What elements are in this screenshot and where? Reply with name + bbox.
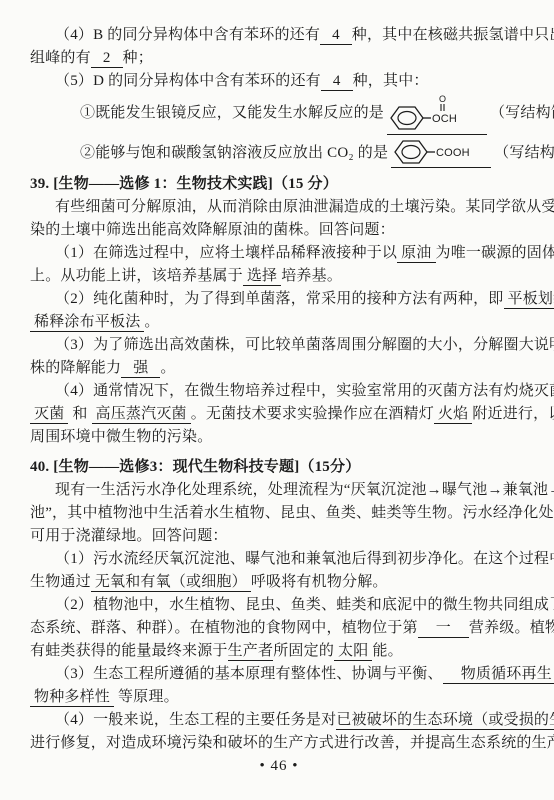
answer-text: 原油: [397, 245, 435, 263]
body-text: 附近进行，以避免: [472, 406, 554, 422]
body-text: 营养级。植物池中所: [469, 620, 554, 636]
answer-text: 已被破坏的生态环境（或受损的生态系统）: [336, 712, 554, 730]
body-text: （2）植物池中，水生植物、昆虫、鱼类、蛙类和底泥中的微生物共同组成了: [55, 597, 554, 613]
text-line: 39. [生物——选修 1：生物技术实践]（15 分）: [30, 173, 528, 196]
body-text: 种，其中在核磁共振氢谱中只出现四: [352, 27, 554, 43]
body-text: 。: [144, 314, 159, 330]
text-line: 有蛙类获得的能量最终来源于生产者所固定的太阳能。: [30, 640, 528, 663]
body-text: 进行修复，对造成环境污染和破坏的生产方式进行改善，并提高生态系统的生产力。: [30, 735, 554, 751]
text-line: 现有一生活污水净化处理系统，处理流程为“厌氧沉淀池→曝气池→兼氧池→植物: [30, 479, 528, 502]
svg-text:O: O: [439, 94, 446, 104]
body-text: （1）在筛选过程中，应将土壤样品稀释液接种于以: [55, 245, 397, 261]
body-text: （写结构简式）；: [490, 93, 554, 133]
text-line: （4）通常情况下，在微生物培养过程中，实验室常用的灭菌方法有灼烧灭菌、干热: [30, 380, 528, 403]
body-text: （5）D 的同分异构体中含有苯环的还有: [55, 73, 321, 89]
answer-text: 高压蒸汽灭菌: [92, 406, 191, 424]
answer-text: 选择: [243, 268, 281, 286]
text-line: 可用于浇灌绿地。回答问题：: [30, 525, 528, 548]
answer-text: 稀释涂布平板法: [30, 314, 144, 332]
body-text: 培养基。: [281, 268, 342, 284]
text-line: 染的土壤中筛选出能高效降解原油的菌株。回答问题：: [30, 219, 528, 242]
body-text: ②能够与饱和碳酸氢钠溶液反应放出 CO₂ 的是: [80, 133, 388, 173]
text-line: 物种多样性 等原理。: [30, 686, 528, 709]
text-line: （4）B 的同分异构体中含有苯环的还有4种，其中在核磁共振氢谱中只出现四: [30, 24, 528, 47]
phenyl-formate-structure: OCHO: [387, 92, 487, 135]
body-text: 生物通过: [30, 574, 91, 590]
body-text: （3）为了筛选出高效菌株，可比较单菌落周围分解圈的大小，分解圈大说明该菌: [55, 337, 554, 353]
answer-text: 4: [320, 27, 352, 45]
document-page: （4）B 的同分异构体中含有苯环的还有4种，其中在核磁共振氢谱中只出现四组峰的有…: [0, 0, 554, 800]
document-body: （4）B 的同分异构体中含有苯环的还有4种，其中在核磁共振氢谱中只出现四组峰的有…: [30, 24, 528, 755]
answer-text: 4: [321, 73, 353, 91]
body-text: 株的降解能力: [30, 360, 121, 376]
svg-text:OCH: OCH: [432, 113, 457, 125]
text-line: （2）植物池中，水生植物、昆虫、鱼类、蛙类和底泥中的微生物共同组成了群落（生: [30, 594, 528, 617]
text-line: 稀释涂布平板法。: [30, 311, 528, 334]
text-line: （3）生态工程所遵循的基本原理有整体性、协调与平衡、物质循环再生 和: [30, 663, 528, 686]
text-line: 株的降解能力强。: [30, 357, 528, 380]
body-text: 态系统、群落、种群）。在植物池的食物网中，植物位于第: [30, 620, 418, 636]
benzoic-acid-structure: COOH: [391, 139, 491, 168]
answer-text: 平板划线法: [504, 291, 554, 309]
text-line: （2）纯化菌种时，为了得到单菌落，常采用的接种方法有两种，即平板划线法和: [30, 288, 528, 311]
body-text: 种，其中：: [353, 73, 429, 89]
body-text: （写结构简式）。: [494, 133, 554, 173]
body-text: 组峰的有: [30, 50, 91, 66]
text-line: 组峰的有2种；: [30, 47, 528, 70]
text-line: 态系统、群落、种群）。在植物池的食物网中，植物位于第一营养级。植物池中所: [30, 617, 528, 640]
answer-text: 火焰: [434, 406, 472, 424]
body-text: 。: [160, 360, 175, 376]
body-text: （2）纯化菌种时，为了得到单菌落，常采用的接种方法有两种，即: [55, 291, 504, 307]
body-text: 池”，其中植物池中生活着水生植物、昆虫、鱼类、蛙类等生物。污水经净化处理后，: [30, 505, 554, 521]
body-text: 有蛙类获得的能量最终来源于: [30, 643, 228, 659]
text-line: ①既能发生银镜反应，又能发生水解反应的是OCHO（写结构简式）；: [30, 93, 528, 133]
body-text: 现有一生活污水净化处理系统，处理流程为“厌氧沉淀池→曝气池→兼氧池→植物: [55, 482, 554, 498]
answer-text: 灭菌: [30, 406, 68, 424]
text-line: （5）D 的同分异构体中含有苯环的还有4种，其中：: [30, 70, 528, 93]
body-text: （4）通常情况下，在微生物培养过程中，实验室常用的灭菌方法有灼烧灭菌、: [55, 383, 554, 399]
body-text: 周围环境中微生物的污染。: [30, 429, 212, 445]
answer-text: 一: [418, 620, 469, 638]
text-line: 上。从功能上讲，该培养基属于选择培养基。: [30, 265, 528, 288]
answer-text: 物种多样性: [30, 689, 114, 707]
body-text: 呼吸将有机物分解。: [251, 574, 388, 590]
benzene-ring-icon: OCHO: [389, 92, 485, 132]
answer-text: 2: [91, 50, 123, 68]
answer-text: 强: [121, 360, 160, 378]
text-line: 40. [生物——选修3：现代生物科技专题]（15分）: [30, 456, 528, 479]
body-text: 和: [68, 406, 91, 422]
svg-text:COOH: COOH: [436, 147, 470, 159]
body-text: 种；: [123, 50, 153, 66]
body-text: 为唯一碳源的固体培养基: [436, 245, 554, 261]
body-text: 可用于浇灌绿地。回答问题：: [30, 528, 228, 544]
text-line: 进行修复，对造成环境污染和破坏的生产方式进行改善，并提高生态系统的生产力。: [30, 732, 528, 755]
text-line: （4）一般来说，生态工程的主要任务是对已被破坏的生态环境（或受损的生态系统）: [30, 709, 528, 732]
body-text: 染的土壤中筛选出能高效降解原油的菌株。回答问题：: [30, 222, 395, 238]
page-number: • 46 •: [30, 758, 528, 775]
answer-text: 无氧和有氧（或细胞）: [91, 574, 251, 592]
text-line: （3）为了筛选出高效菌株，可比较单菌落周围分解圈的大小，分解圈大说明该菌: [30, 334, 528, 357]
body-text: （4）B 的同分异构体中含有苯环的还有: [55, 27, 320, 43]
text-line: 有些细菌可分解原油，从而消除由原油泄漏造成的土壤污染。某同学欲从受原油污: [30, 196, 528, 219]
body-text: （3）生态工程所遵循的基本原理有整体性、协调与平衡、: [55, 666, 443, 682]
body-text: 所固定的: [273, 643, 334, 659]
text-line: （1）污水流经厌氧沉淀池、曝气池和兼氧池后得到初步净化。在这个过程中，微: [30, 548, 528, 571]
body-text: 等原理。: [114, 689, 179, 705]
body-text: 40. [生物——选修3：现代生物科技专题]（15分）: [30, 459, 360, 475]
text-line: （1）在筛选过程中，应将土壤样品稀释液接种于以原油为唯一碳源的固体培养基: [30, 242, 528, 265]
body-text: 。无菌技术要求实验操作应在酒精灯: [191, 406, 434, 422]
body-text: （1）污水流经厌氧沉淀池、曝气池和兼氧池后得到初步净化。在这个过程中，微: [55, 551, 554, 567]
benzene-ring-icon: COOH: [393, 139, 489, 165]
body-text: 上。从功能上讲，该培养基属于: [30, 268, 243, 284]
body-text: 能。: [372, 643, 402, 659]
answer-text: 生产者: [228, 643, 274, 661]
answer-text: 物质循环再生: [443, 666, 554, 684]
text-line: 池”，其中植物池中生活着水生植物、昆虫、鱼类、蛙类等生物。污水经净化处理后，: [30, 502, 528, 525]
body-text: 39. [生物——选修 1：生物技术实践]（15 分）: [30, 176, 338, 192]
body-text: ①既能发生银镜反应，又能发生水解反应的是: [80, 93, 384, 133]
body-text: （4）一般来说，生态工程的主要任务是对: [55, 712, 336, 728]
body-text: 有些细菌可分解原油，从而消除由原油泄漏造成的土壤污染。某同学欲从受原油污: [55, 199, 554, 215]
text-line: 周围环境中微生物的污染。: [30, 426, 528, 449]
answer-text: 太阳: [334, 643, 372, 661]
text-line: ②能够与饱和碳酸氢钠溶液反应放出 CO₂ 的是COOH（写结构简式）。: [30, 133, 528, 173]
text-line: 灭菌 和 高压蒸汽灭菌。无菌技术要求实验操作应在酒精灯火焰附近进行，以避免: [30, 403, 528, 426]
text-line: 生物通过无氧和有氧（或细胞）呼吸将有机物分解。: [30, 571, 528, 594]
